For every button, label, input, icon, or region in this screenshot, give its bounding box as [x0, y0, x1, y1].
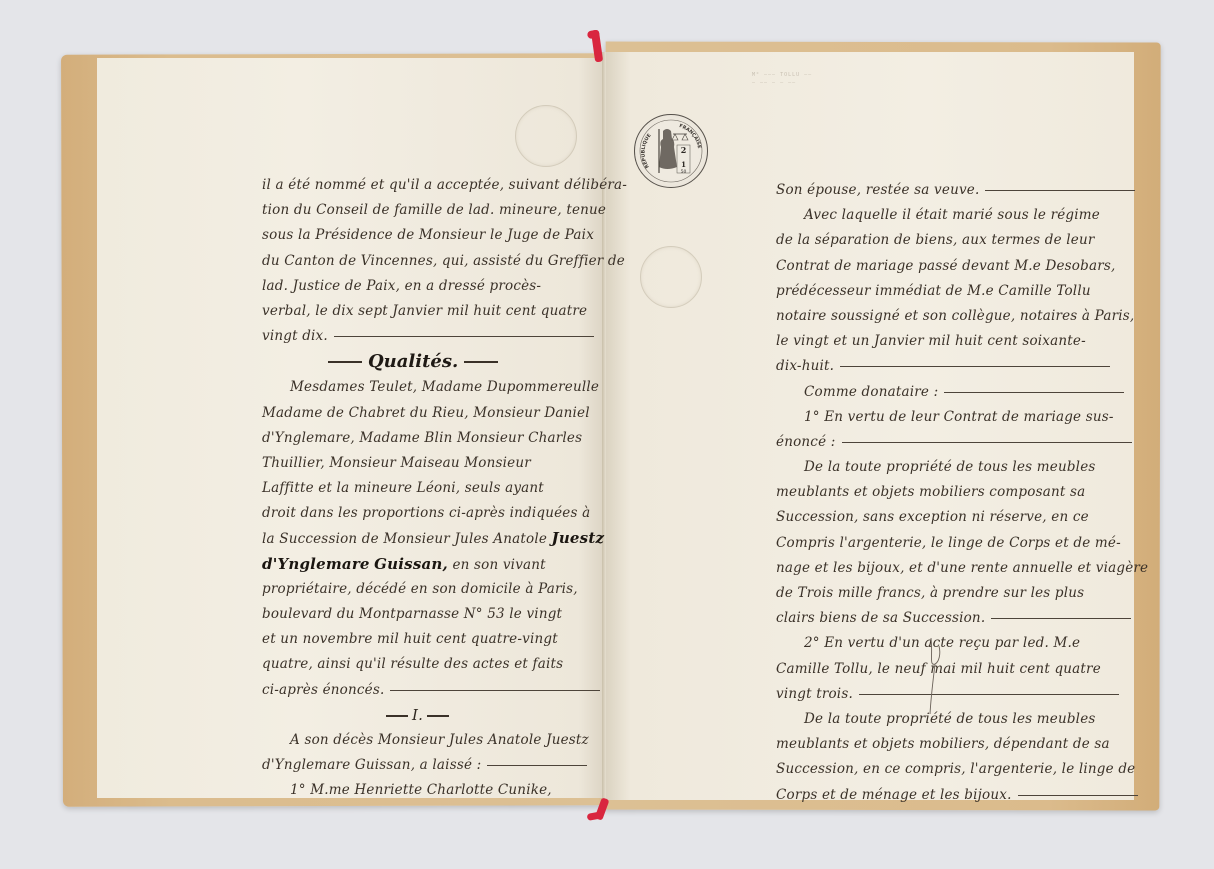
- embossed-seal-right: [640, 246, 702, 308]
- text-line: notaire soussigné et son collègue, notai…: [776, 304, 1128, 329]
- faint-letterhead: M° ——— TOLLU —— — —— — — ——: [752, 71, 812, 87]
- svg-text:RÉPUBLIQUE: RÉPUBLIQUE: [640, 133, 652, 169]
- deceased-name: d'Ynglemare: [262, 555, 370, 573]
- text-line: de la séparation de biens, aux termes de…: [776, 228, 1128, 253]
- text-line: quatre, ainsi qu'il résulte des actes et…: [262, 652, 607, 677]
- section-heading-qualites: Qualités.: [262, 349, 607, 375]
- text-line: propriétaire, décédé en son domicile à P…: [262, 577, 607, 602]
- text-line: sous la Présidence de Monsieur le Juge d…: [262, 223, 607, 248]
- text-line: Compris l'argenterie, le linge de Corps …: [776, 531, 1128, 556]
- text-line: prédécesseur immédiat de M.e Camille Tol…: [776, 279, 1128, 304]
- text-line: Mesdames Teulet, Madame Dupommereulle: [262, 375, 607, 400]
- text-line: de Trois mille francs, à prendre sur les…: [776, 581, 1128, 606]
- deceased-name-suffix: Guissan,: [374, 555, 448, 573]
- marianne-justice-icon: 2 1 50 RÉPUBLIQUE FRANÇAISE: [635, 115, 707, 187]
- text-line: ci-après énoncés.: [262, 678, 607, 703]
- text-line: Succession, sans exception ni réserve, e…: [776, 505, 1128, 530]
- text-line: lad. Justice de Paix, en a dressé procès…: [262, 274, 607, 299]
- text-line: Son épouse, restée sa veuve.: [776, 178, 1128, 203]
- text-line: A son décès Monsieur Jules Anatole Juest…: [262, 728, 607, 753]
- text-line: meublants et objets mobiliers, dépendant…: [776, 732, 1128, 757]
- text-line: Thuillier, Monsieur Maiseau Monsieur: [262, 451, 607, 476]
- text-line: nage et les bijoux, et d'une rente annue…: [776, 556, 1128, 581]
- text-line: d'Ynglemare Guissan, en son vivant: [262, 552, 607, 577]
- text-line: meublants et objets mobiliers composant …: [776, 480, 1128, 505]
- deceased-surname: Juestz: [552, 529, 605, 547]
- text-line: 1° En vertu de leur Contrat de mariage s…: [776, 405, 1128, 430]
- text-line: d'Ynglemare Guissan, a laissé :: [262, 753, 607, 778]
- text-line: du Canton de Vincennes, qui, assisté du …: [262, 249, 607, 274]
- svg-text:1: 1: [681, 160, 686, 169]
- text-line: le vingt et un Janvier mil huit cent soi…: [776, 329, 1128, 354]
- text-line: et un novembre mil huit cent quatre-ving…: [262, 627, 607, 652]
- text-line: Laffitte et la mineure Léoni, seuls ayan…: [262, 476, 607, 501]
- text-line: Comme donataire :: [776, 380, 1128, 405]
- section-number: I.: [262, 703, 607, 728]
- text-line: verbal, le dix sept Janvier mil huit cen…: [262, 299, 607, 324]
- text-line: Madame de Chabret du Rieu, Monsieur Dani…: [262, 401, 607, 426]
- signature-flourish-icon: [925, 636, 955, 716]
- svg-text:2: 2: [681, 145, 687, 155]
- text-line: tion du Conseil de famille de lad. mineu…: [262, 198, 607, 223]
- fiscal-stamp: 2 1 50 RÉPUBLIQUE FRANÇAISE: [634, 114, 708, 188]
- text-line: d'Ynglemare, Madame Blin Monsieur Charle…: [262, 426, 607, 451]
- text-line: boulevard du Montparnasse N° 53 le vingt: [262, 602, 607, 627]
- text-line: énoncé :: [776, 430, 1128, 455]
- text-line: clairs biens de sa Succession.: [776, 606, 1128, 631]
- text-line: il a été nommé et qu'il a acceptée, suiv…: [262, 173, 607, 198]
- text-line: dix-huit.: [776, 354, 1128, 379]
- text-line: Succession, en ce compris, l'argenterie,…: [776, 757, 1128, 782]
- text-line: De la toute propriété de tous les meuble…: [776, 455, 1128, 480]
- left-page-text: il a été nommé et qu'il a acceptée, suiv…: [262, 173, 607, 804]
- text-line: la Succession de Monsieur Jules Anatole …: [262, 526, 607, 551]
- svg-text:50: 50: [681, 169, 687, 175]
- text-line: vingt dix.: [262, 324, 607, 349]
- embossed-seal-left: [515, 105, 577, 167]
- text-line: Avec laquelle il était marié sous le rég…: [776, 203, 1128, 228]
- text-line: droit dans les proportions ci-après indi…: [262, 501, 607, 526]
- text-line: Corps et de ménage et les bijoux.: [776, 783, 1128, 808]
- text-line: 1° M.me Henriette Charlotte Cunike,: [262, 778, 607, 803]
- text-line: Contrat de mariage passé devant M.e Deso…: [776, 254, 1128, 279]
